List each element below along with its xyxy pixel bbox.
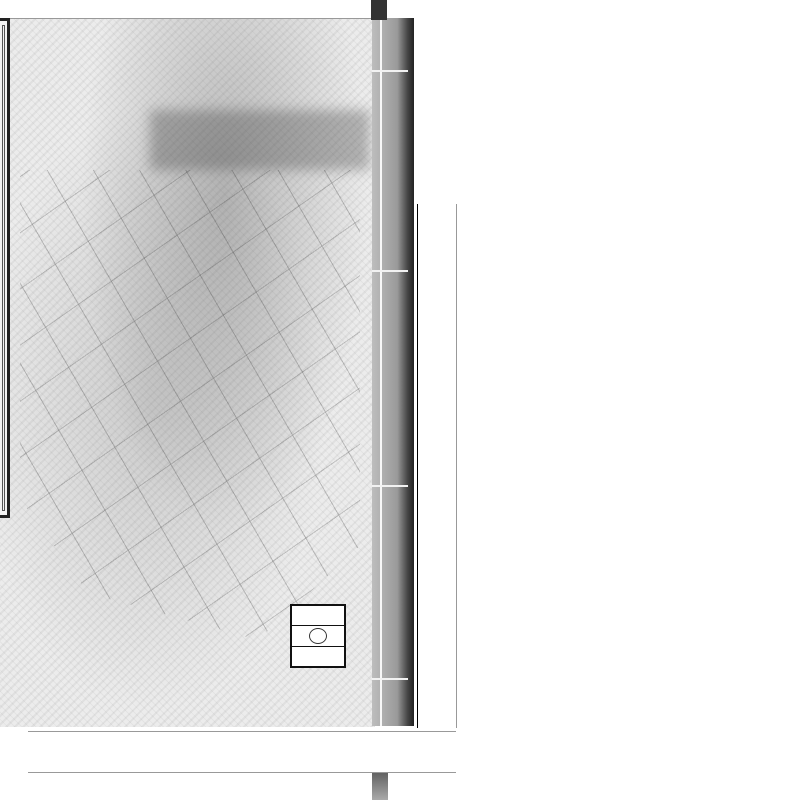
label-row-2 <box>292 626 344 646</box>
book-spine <box>372 18 414 726</box>
spine-stitch <box>372 270 408 272</box>
cover-dark-band <box>150 110 370 170</box>
label-row-3 <box>292 647 344 666</box>
spine-stitch <box>372 678 408 680</box>
bookmark-tab-top <box>371 0 387 20</box>
ruler-horizontal <box>28 731 456 773</box>
cover-crackle-pattern <box>20 170 360 640</box>
spine-stitch <box>372 70 408 72</box>
catalog-label <box>290 604 346 668</box>
seal-stamp-icon <box>309 628 327 644</box>
spine-fold-line <box>380 18 382 726</box>
spine-stitch <box>372 485 408 487</box>
title-slip <box>0 18 10 518</box>
label-row-1 <box>292 606 344 626</box>
ruler-vertical <box>417 204 457 728</box>
